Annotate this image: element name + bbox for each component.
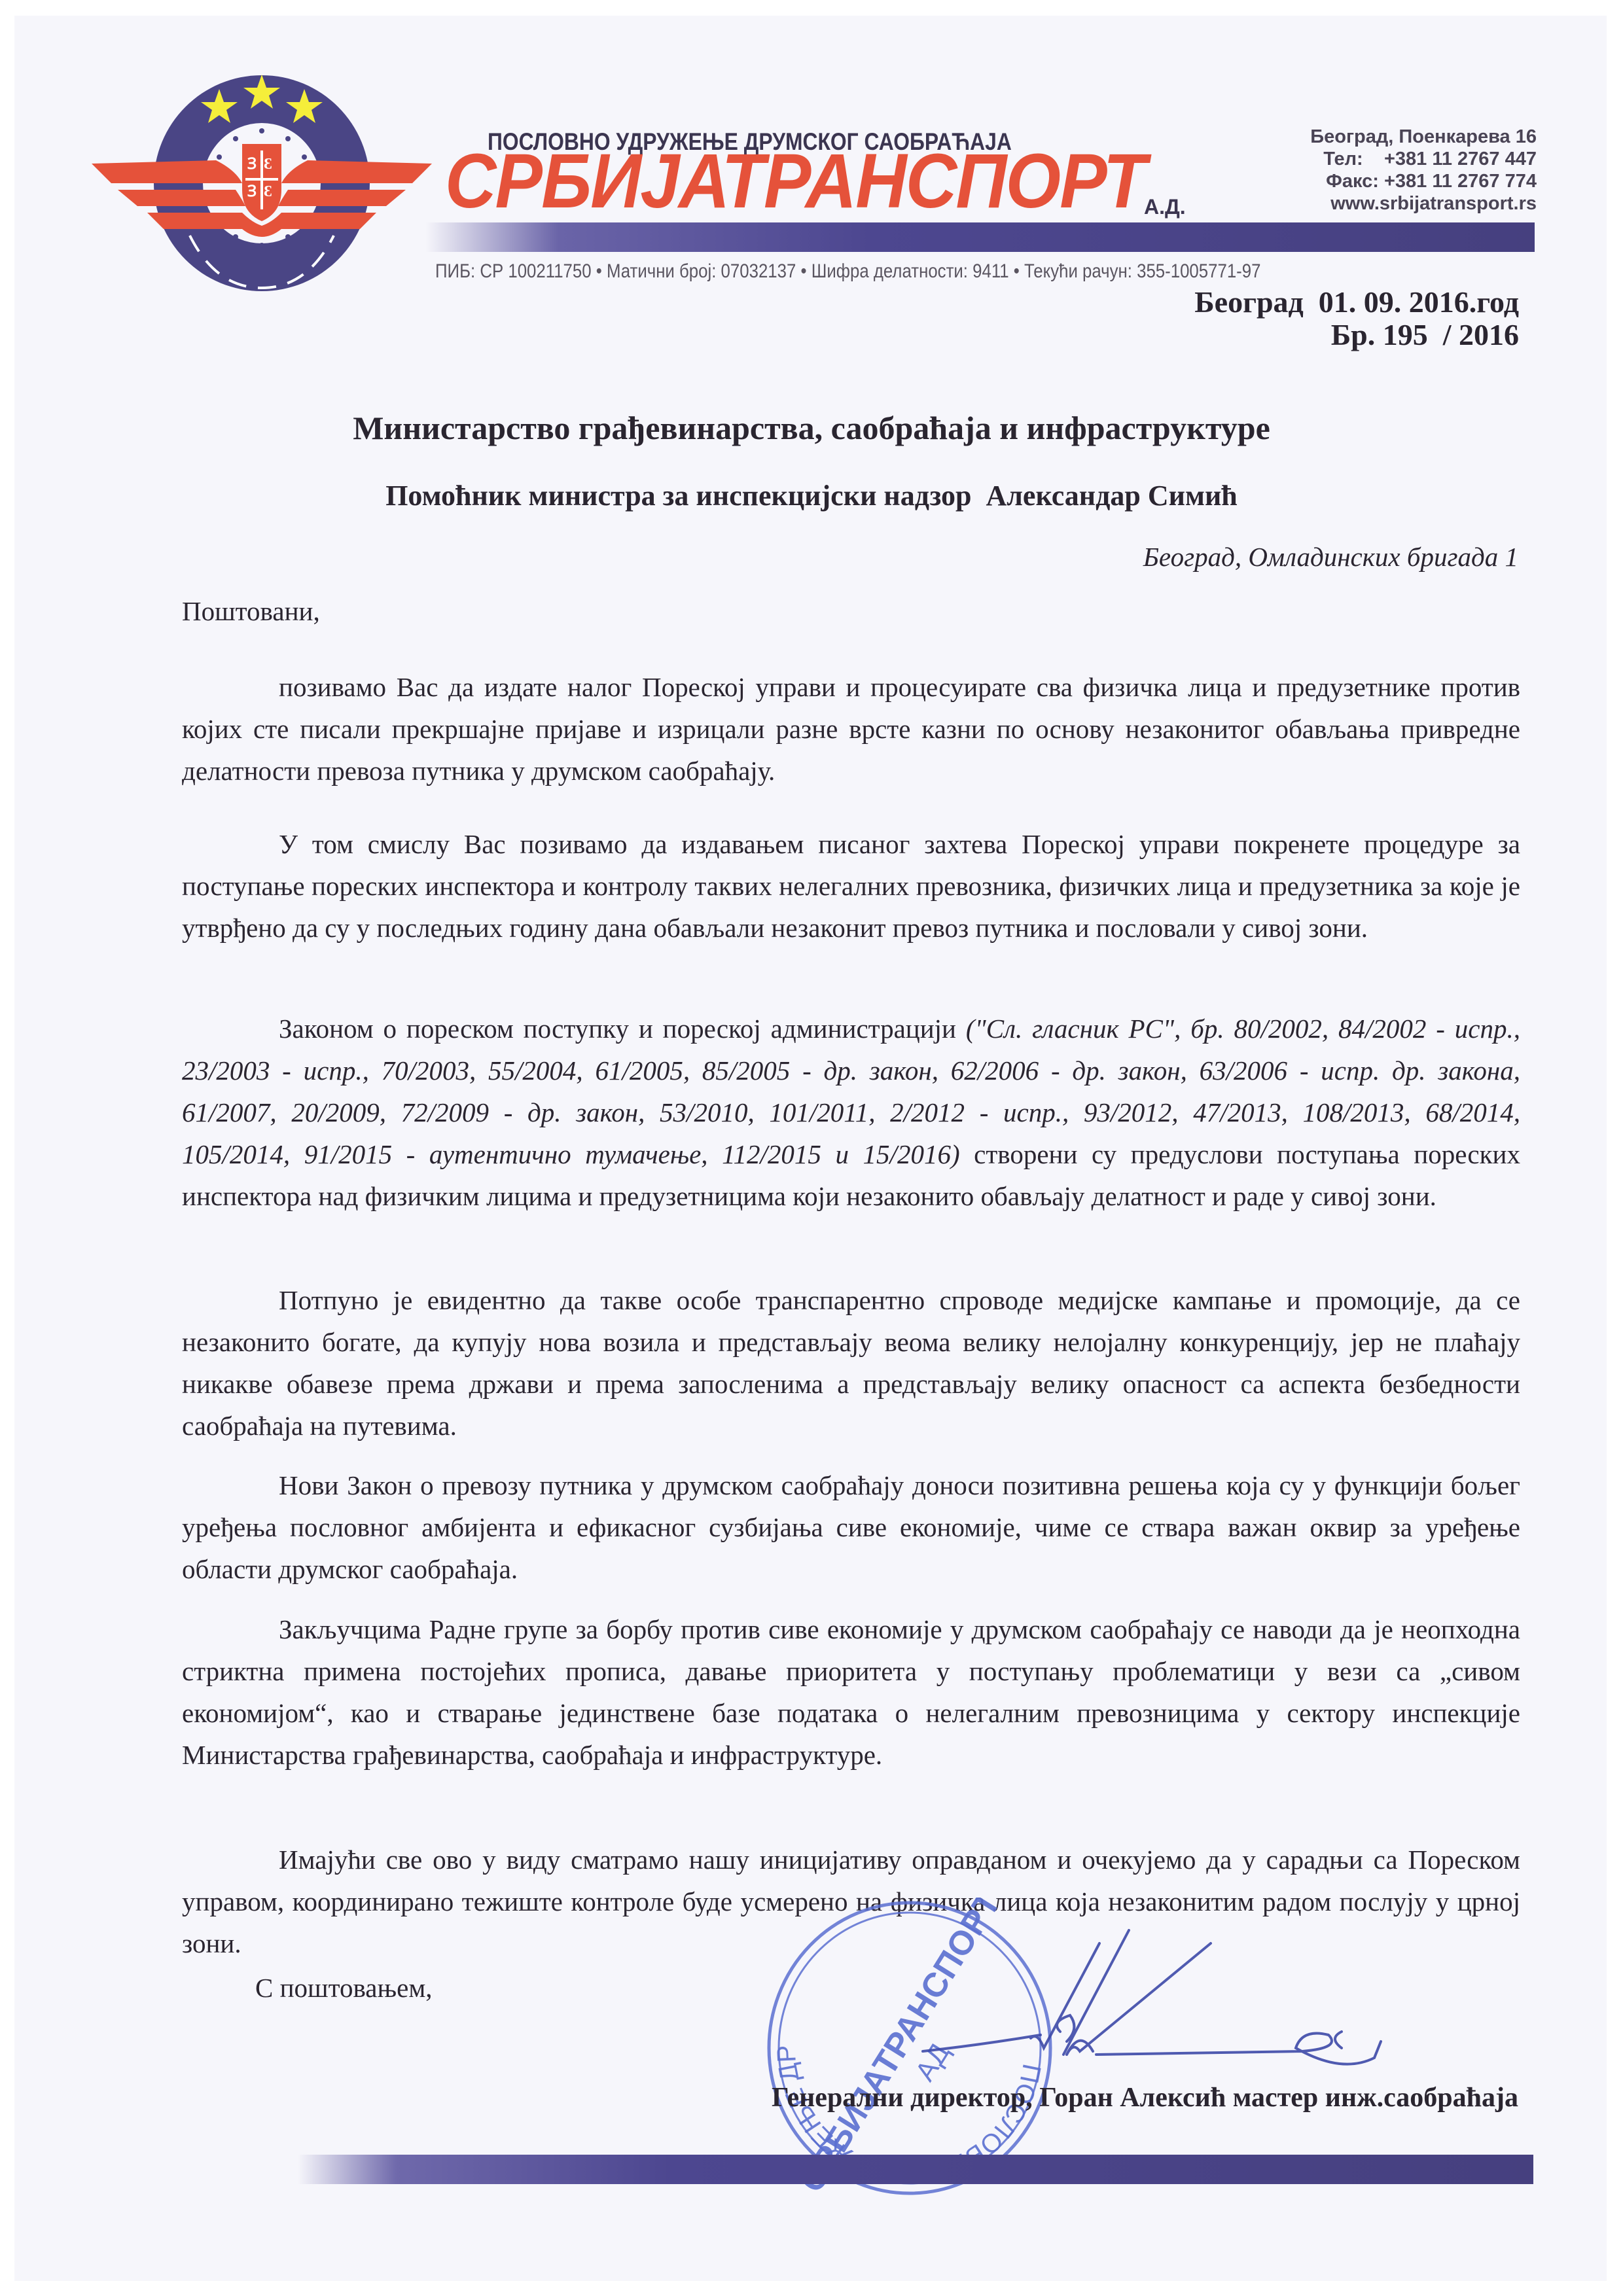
contact-block: Београд, Поенкарева 16 Тел: +381 11 2767… (1224, 126, 1537, 215)
company-logo-icon: ꞫƐ ꞫƐ (85, 65, 438, 301)
registration-line: ПИБ: СР 100211750 • Матични број: 070321… (435, 260, 1260, 283)
paragraph-text: Потпуно је евидентно да такве особе тран… (182, 1279, 1520, 1447)
svg-text:Ɛ: Ɛ (264, 156, 272, 173)
paragraph-2: У том смислу Вас позивамо да издавањем п… (182, 823, 1520, 949)
contact-phone: Тел: +381 11 2767 447 (1224, 148, 1537, 170)
reference-number: Бр. 195 / 2016 (1331, 317, 1519, 352)
paragraph-6: Закључцима Радне групе за борбу против с… (182, 1608, 1520, 1776)
paragraph-text: Законом о пореском поступку и пореској а… (182, 1008, 1520, 1217)
recipient-person: Помоћник министра за инспекцијски надзор… (0, 479, 1623, 512)
paragraph-4: Потпуно је евидентно да такве особе тран… (182, 1279, 1520, 1447)
paragraph-3: Законом о пореском поступку и пореској а… (182, 1008, 1520, 1217)
paragraph-text: У том смислу Вас позивамо да издавањем п… (182, 823, 1520, 949)
contact-address: Београд, Поенкарева 16 (1224, 126, 1537, 148)
svg-text:Ɛ: Ɛ (264, 183, 272, 200)
svg-text:Ɜ: Ɜ (247, 183, 257, 200)
contact-website[interactable]: www.srbijatransport.rs (1224, 192, 1537, 215)
paragraph-text: Нови Закон о превозу путника у друмском … (182, 1464, 1520, 1590)
header-bar (425, 222, 1535, 252)
paragraph-5: Нови Закон о превозу путника у друмском … (182, 1464, 1520, 1590)
letter-date: Београд 01. 09. 2016.год (1194, 285, 1519, 319)
paragraph-text: позивамо Вас да издате налог Пореској уп… (182, 666, 1520, 792)
salutation: Поштовани, (182, 595, 320, 627)
footer-bar (298, 2155, 1533, 2184)
paragraph-1: позивамо Вас да издате налог Пореској уп… (182, 666, 1520, 792)
recipient-address: Београд, Омладинских бригада 1 (1143, 541, 1518, 573)
closing: С поштовањем, (255, 1972, 433, 2004)
org-name: СРБИЈАТРАНСПОРТ (445, 143, 1145, 220)
paragraph-lead: Законом о пореском поступку и пореској а… (279, 1014, 966, 1044)
svg-text:Ɜ: Ɜ (247, 156, 257, 173)
recipient-ministry: Министарство грађевинарства, саобраћаја … (0, 409, 1623, 447)
org-suffix: А.Д. (1144, 195, 1186, 219)
paragraph-text: Закључцима Радне групе за борбу против с… (182, 1608, 1520, 1776)
contact-fax: Факс: +381 11 2767 774 (1224, 170, 1537, 192)
signatory-title: Генерални директор, Горан Алексић мастер… (772, 2082, 1518, 2113)
